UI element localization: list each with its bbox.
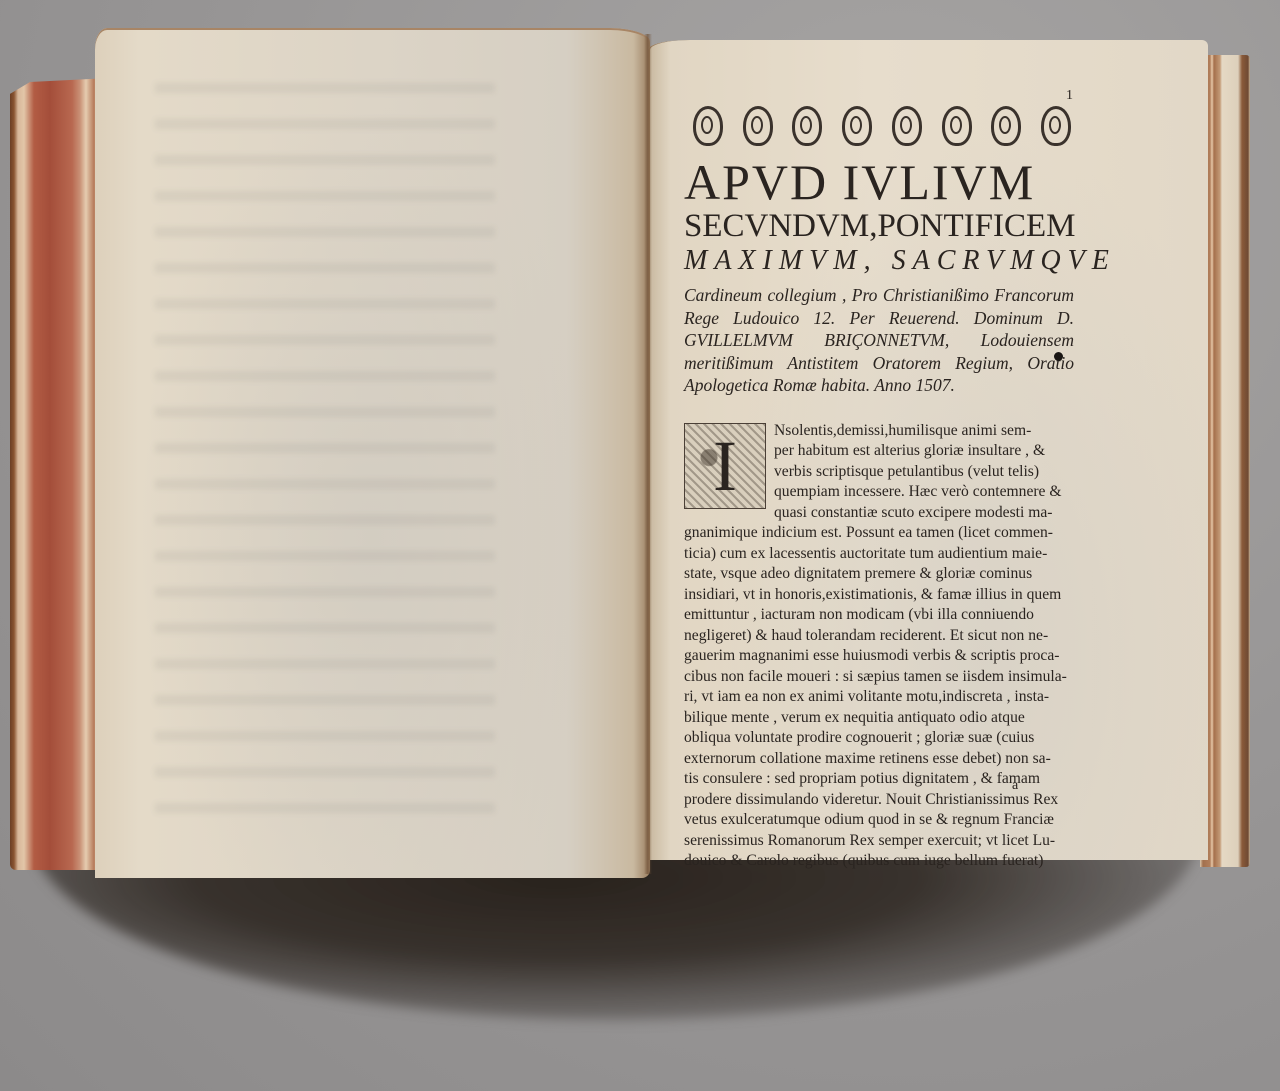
open-book: 1 APVD IVLIVM SECVNDVM,PONTIFICEM MAXIMV…	[0, 0, 1280, 1091]
right-page-text: APVD IVLIVM SECVNDVM,PONTIFICEM MAXIMVM,…	[684, 92, 1074, 872]
body-line: vetus exulceratumque odium quod in se & …	[684, 810, 1074, 831]
body-line: insidiari, vt in honoris,existimationis,…	[684, 585, 1074, 606]
show-through-text	[155, 58, 495, 818]
body-line: ri, vt iam ea non ex animi volitante mot…	[684, 687, 1074, 708]
body-line: ticia) cum ex lacessentis auctoritate tu…	[684, 544, 1074, 565]
title-line-2: SECVNDVM,PONTIFICEM	[684, 208, 1074, 244]
title-line-3: MAXIMVM, SACRVMQVE	[684, 244, 1074, 278]
drop-cap-initial: I	[684, 423, 766, 509]
book-gutter	[644, 34, 652, 874]
title-line-1: APVD IVLIVM	[684, 156, 1074, 208]
body-line: douico & Carolo regibus (quibus cum iuge…	[684, 851, 1074, 872]
body-line: serenissimus Romanorum Rex semper exercu…	[684, 831, 1074, 852]
ink-spot	[1054, 352, 1063, 361]
intro-paragraph: Cardineum collegium , Pro Christianißimo…	[684, 284, 1074, 397]
body-line: negligeret) & haud tolerandam reciderent…	[684, 626, 1074, 647]
body-text: I Nsolentis,demissi,humilisque animi sem…	[684, 421, 1074, 872]
signature-mark: a	[1012, 778, 1018, 794]
body-line: emittuntur , iacturam non modicam (vbi i…	[684, 605, 1074, 626]
body-line: externorum collatione maxime retinens es…	[684, 749, 1074, 770]
body-line: gauerim magnanimi esse huiusmodi verbis …	[684, 646, 1074, 667]
body-line: cibus non facile moueri : si sæpius tame…	[684, 667, 1074, 688]
body-line: bilique mente , verum ex nequitia antiqu…	[684, 708, 1074, 729]
body-line: obliqua voluntate prodire cognouerit ; g…	[684, 728, 1074, 749]
body-line: gnanimique indicium est. Possunt ea tame…	[684, 523, 1074, 544]
headpiece-ornament-icon	[684, 98, 1074, 148]
body-line: state, vsque adeo dignitatem premere & g…	[684, 564, 1074, 585]
left-page	[95, 28, 650, 878]
